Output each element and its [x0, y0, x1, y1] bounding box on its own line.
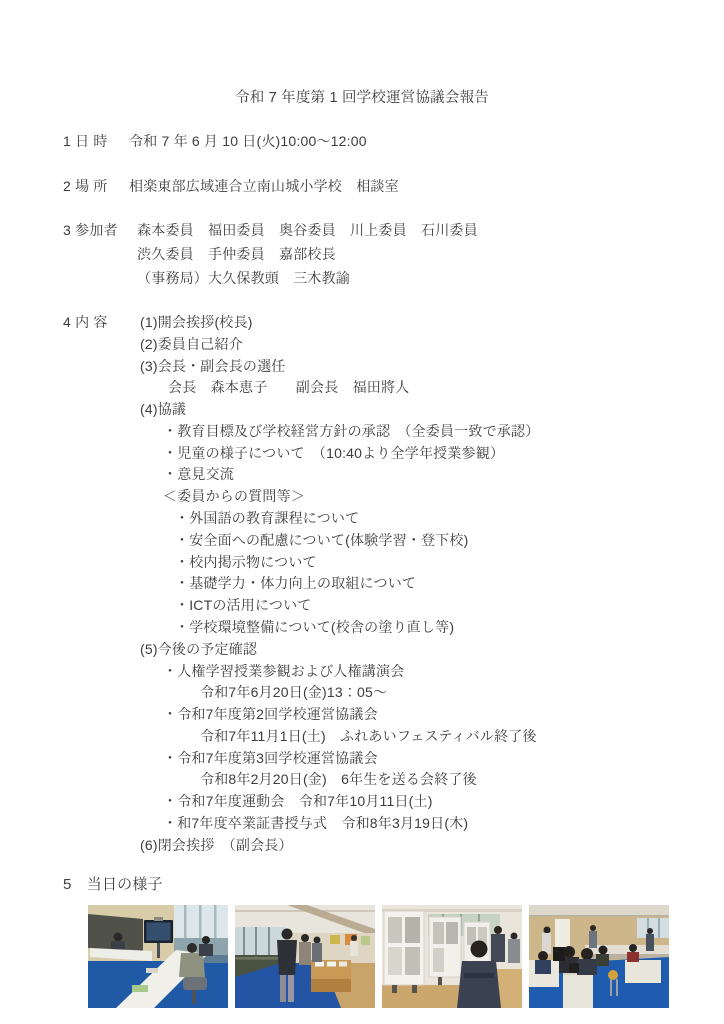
agenda-line: ・令和7年度第3回学校運営協議会: [163, 750, 378, 767]
agenda-line: ・意見交流: [163, 466, 234, 483]
agenda-line: (6)閉会挨拶 （副会長）: [140, 837, 293, 854]
agenda-line: ・和7年度卒業証書授与式 令和8年3月19日(木): [163, 815, 468, 832]
agenda-line: (3)会長・副会長の選任: [140, 358, 286, 375]
agenda-line: ・児童の様子について （10:40より全学年授業参観）: [163, 445, 504, 462]
section2-value: 相楽東部広域連合立南山城小学校 相談室: [129, 178, 399, 195]
participants-line: （事務局）大久保教頭 三木教諭: [137, 270, 350, 287]
agenda-line: ・学校環境整備について(校舎の塗り直し等): [175, 619, 454, 636]
section3-label: 3 参加者: [63, 222, 118, 239]
section5-label: 5 当日の様子: [63, 876, 163, 893]
agenda-line: 令和8年2月20日(金) 6年生を送る会終了後: [200, 771, 477, 788]
agenda-line: ・基礎学力・体力向上の取組について: [175, 575, 416, 592]
agenda-line: ・令和7年度運動会 令和7年10月11日(土): [163, 793, 433, 810]
science-room-photo: [529, 905, 669, 1008]
agenda-line: ・校内掲示物について: [175, 554, 317, 571]
corridor-tour-photo: [235, 905, 375, 1008]
participants-line: 森本委員 福田委員 奥谷委員 川上委員 石川委員: [137, 222, 478, 239]
participants-line: 渋久委員 手仲委員 嘉部校長: [137, 246, 336, 263]
agenda-line: ・ICTの活用について: [175, 597, 311, 614]
agenda-line: (5)今後の予定確認: [140, 641, 257, 658]
agenda-line: ＜委員からの質問等＞: [163, 488, 305, 505]
display-panels-photo: [382, 905, 522, 1008]
document-page: 令和 7 年度第 1 回学校運営協議会報告 1 日 時 令和 7 年 6 月 1…: [0, 0, 724, 1024]
agenda-line: ・人権学習授業参観および人権講演会: [163, 663, 404, 680]
section4-label: 4 内 容: [63, 314, 108, 331]
agenda-line: 令和7年11月1日(土) ふれあいフェスティバル終了後: [200, 728, 537, 745]
agenda-line: ・外国語の教育課程について: [175, 510, 359, 527]
meeting-room-photo: [88, 905, 228, 1008]
agenda-line: ・安全面への配慮について(体験学習・登下校): [175, 532, 468, 549]
agenda-line: (2)委員自己紹介: [140, 336, 243, 353]
section2-label: 2 場 所: [63, 178, 108, 195]
agenda-line: ・令和7年度第2回学校運営協議会: [163, 706, 378, 723]
agenda-line: 会長 森本恵子 副会長 福田將人: [168, 379, 409, 396]
agenda-line: ・教育目標及び学校経営方針の承認 （全委員一致で承認）: [163, 423, 539, 440]
section1-label: 1 日 時: [63, 133, 108, 150]
agenda-line: (1)開会挨拶(校長): [140, 314, 253, 331]
agenda-line: (4)協議: [140, 401, 186, 418]
section1-value: 令和 7 年 6 月 10 日(火)10:00～12:00: [129, 133, 367, 150]
page-title: 令和 7 年度第 1 回学校運営協議会報告: [0, 86, 724, 107]
agenda-line: 令和7年6月20日(金)13：05～: [200, 684, 387, 701]
